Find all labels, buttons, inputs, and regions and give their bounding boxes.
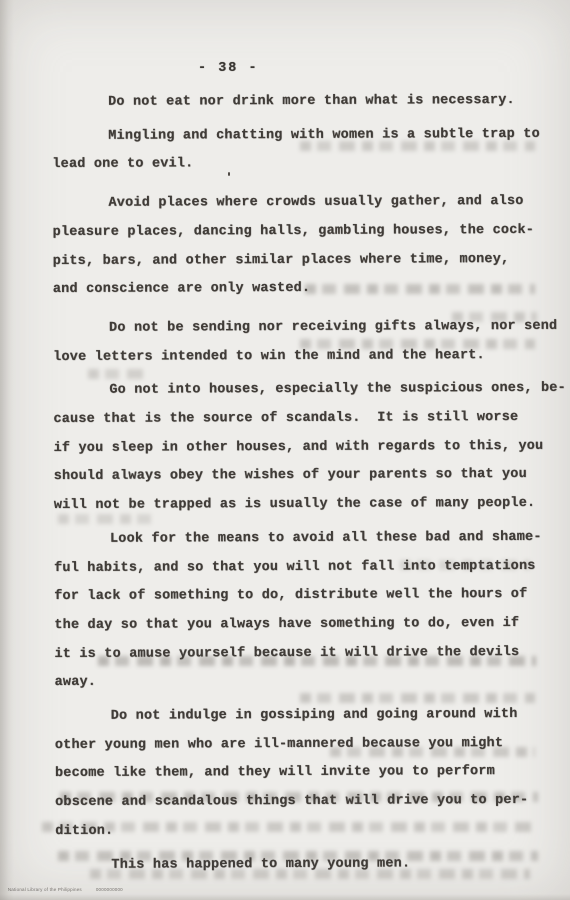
text-line: love letters intended to win the mind an… bbox=[53, 341, 553, 372]
document-page: - 38 - Do not eat nor drink more than wh… bbox=[0, 0, 570, 900]
text-line: Do not eat nor drink more than what is n… bbox=[52, 87, 552, 118]
text-line: pleasure places, dancing halls, gambling… bbox=[53, 217, 553, 248]
scan-edge-shadow bbox=[0, 0, 14, 900]
text-line: cause that is the source of scandals. It… bbox=[53, 404, 553, 435]
text-line: lead one to evil. bbox=[52, 149, 552, 180]
text-line: it is to amuse yourself because it will … bbox=[54, 638, 554, 669]
text-line: pits, bars, and other similar places whe… bbox=[53, 245, 553, 276]
paragraph: Look for the means to avoid all these ba… bbox=[54, 524, 555, 698]
text-line: other young men who are ill-mannered bec… bbox=[55, 730, 555, 761]
paragraph: Do not be sending nor receiving gifts al… bbox=[53, 313, 553, 373]
text-line: if you sleep in other houses, and with r… bbox=[54, 433, 554, 464]
paragraph: Do not indulge in gossiping and going ar… bbox=[55, 701, 556, 847]
text-line: dition. bbox=[55, 816, 555, 847]
text-line: for lack of something to do, distribute … bbox=[54, 581, 554, 612]
text-line: become like them, and they will invite y… bbox=[55, 758, 555, 789]
text-line: away. bbox=[55, 667, 555, 698]
text-line: Look for the means to avoid all these ba… bbox=[54, 524, 554, 555]
footer-caption: National Library of the Philippines00000… bbox=[2, 882, 123, 897]
page-number: - 38 - bbox=[198, 61, 259, 76]
text-line: ful habits, and so that you will not fal… bbox=[54, 552, 554, 583]
footer-caption-code: 0000000000 bbox=[96, 887, 123, 892]
paragraph: Mingling and chatting with women is a su… bbox=[52, 121, 552, 181]
text-line: should always obey the wishes of your pa… bbox=[54, 461, 554, 492]
page-text: Do not eat nor drink more than what is n… bbox=[52, 87, 555, 885]
text-line: obscene and scandalous things that will … bbox=[55, 787, 555, 818]
text-line: Do not be sending nor receiving gifts al… bbox=[53, 313, 553, 344]
paragraph: Avoid places where crowds usually gather… bbox=[52, 188, 552, 305]
text-line: Mingling and chatting with women is a su… bbox=[52, 121, 552, 152]
text-line: and conscience are only wasted. bbox=[53, 274, 553, 305]
text-line: This has happened to many young men. bbox=[55, 849, 555, 880]
text-line: will not be trapped as is usually the ca… bbox=[54, 490, 554, 521]
footer-caption-text: National Library of the Philippines bbox=[8, 887, 82, 892]
text-line: Avoid places where crowds usually gather… bbox=[52, 188, 552, 219]
text-line: Go not into houses, especially the suspi… bbox=[53, 375, 553, 406]
paragraph: This has happened to many young men. bbox=[55, 849, 555, 880]
paragraph: Go not into houses, especially the suspi… bbox=[53, 375, 554, 521]
text-line: the day so that you always have somethin… bbox=[54, 610, 554, 641]
text-line: Do not indulge in gossiping and going ar… bbox=[55, 701, 555, 732]
ink-speck bbox=[228, 172, 230, 176]
paragraph: Do not eat nor drink more than what is n… bbox=[52, 87, 552, 118]
